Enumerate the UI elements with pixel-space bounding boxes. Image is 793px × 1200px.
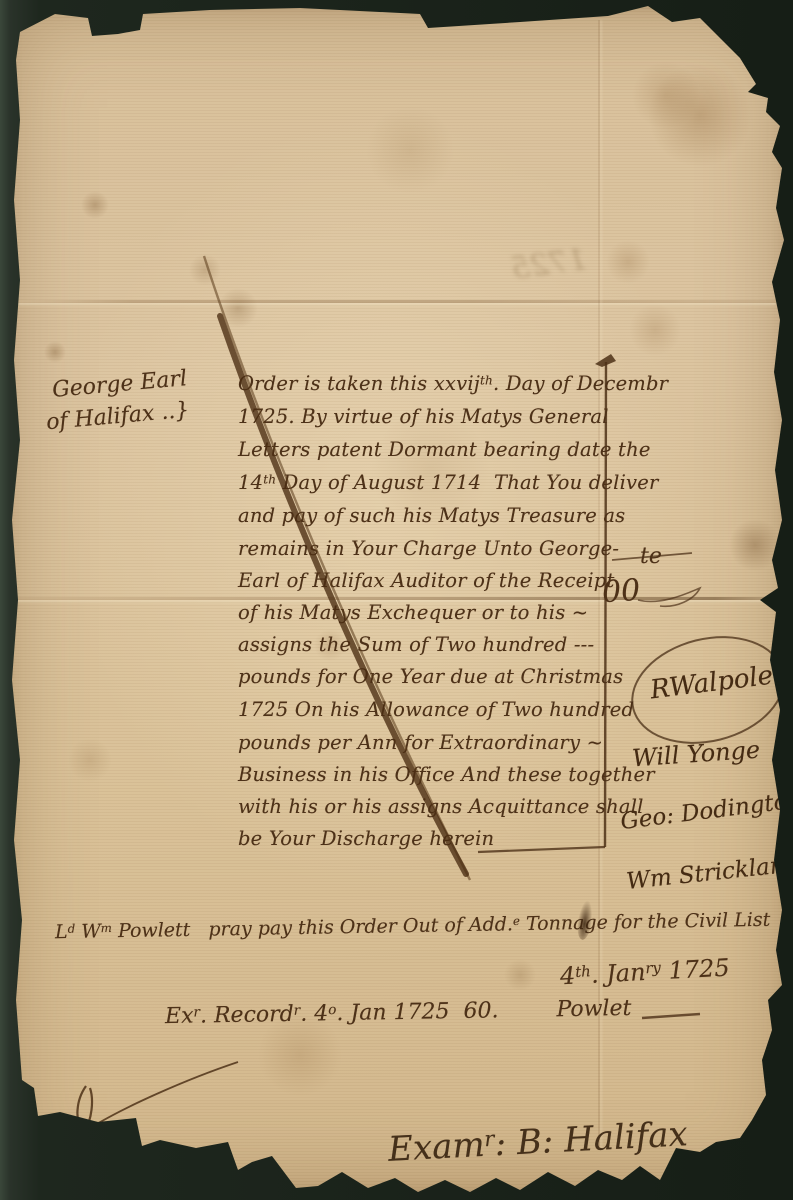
body-line-4: 14th Day of August 1714 That You deliver	[238, 471, 659, 494]
examiner-endorsement: Examr: B: Halifax	[387, 1114, 688, 1170]
body-line-9: assigns the Sum of Two hundred ---	[238, 633, 594, 656]
cancellation-stroke-thick	[220, 316, 466, 874]
date-text2: . Jan	[590, 958, 646, 989]
clerk-mark-zeros: 00	[601, 573, 642, 611]
signature-strickland: Wm Strickland	[625, 851, 793, 895]
date-sup2: ry	[645, 958, 661, 977]
check-mark-tail	[84, 1062, 238, 1132]
body-line-3: Letters patent Dormant bearing date the	[238, 438, 651, 461]
body-line-4-text: 14	[238, 471, 263, 494]
body-line-7: Earl of Halifax Auditor of the Receipt	[238, 569, 615, 592]
bracket-bottom-rule	[478, 847, 605, 852]
record-endorsement: Exr. Recordr. 4o. Jan 1725 60.Powlet	[165, 996, 632, 1029]
body-line-1-text: Order is taken this xxvij	[238, 372, 480, 395]
body-line-15: be Your Discharge herein	[238, 827, 494, 850]
ink-showthrough: 1725	[327, 242, 594, 343]
cancellation-stroke-thin	[204, 256, 470, 880]
date-text3: 1725	[660, 954, 730, 986]
pay-order-sup2: m	[101, 921, 112, 935]
date-sup1: th	[575, 962, 591, 981]
body-line-8: of his Matys Exchequer or to his ~	[238, 601, 588, 624]
body-line-4-sup: th	[263, 473, 276, 487]
pay-order-endorsement: Ld Wm Powlett pray pay this Order Out of…	[55, 909, 771, 943]
signature-yonge: Will Yonge	[631, 736, 761, 773]
record-signature-powlet: Powlet	[556, 996, 631, 1022]
body-line-13: Business in his Office And these togethe…	[238, 763, 655, 786]
record-gap	[499, 1016, 557, 1017]
body-line-2: 1725. By virtue of his Matys General	[238, 405, 609, 428]
date-endorsement: 4th. Janry 1725	[559, 954, 730, 991]
body-line-5: and pay of such his Matys Treasure as	[238, 504, 625, 527]
zeros-swash	[638, 588, 700, 606]
body-line-4-text2: Day of August 1714 That You deliver	[276, 471, 658, 494]
pay-order-text4: Tonnage for the Civil List	[520, 909, 771, 935]
body-line-10: pounds for One Year due at Christmas	[238, 665, 623, 688]
manuscript-paper: 1725 George Earl of Halifax ..} Order is…	[0, 0, 793, 1200]
body-line-1-sup: th	[480, 374, 493, 388]
exam-text: Exam	[387, 1125, 485, 1170]
body-line-11: 1725 On his Allowance of Two hundred	[238, 698, 634, 721]
pay-order-text3: Powlett pray pay this Order Out of Add.	[112, 913, 513, 942]
check-mark-loop	[77, 1086, 92, 1132]
body-line-1: Order is taken this xxvijth. Day of Dece…	[238, 372, 668, 395]
record-text: Ex	[165, 1004, 194, 1029]
fold-crease-middle	[14, 597, 776, 600]
body-line-1-text2: . Day of Decembr	[493, 372, 668, 395]
photo-background: 1725 George Earl of Halifax ..} Order is…	[0, 0, 793, 1200]
record-text2: . Record	[200, 1002, 294, 1029]
margin-note-line1: George Earl	[51, 366, 188, 403]
record-text3: . 4	[300, 1001, 328, 1026]
margin-note-line2: of Halifax ..}	[45, 398, 190, 435]
powlet-underline	[642, 1014, 700, 1018]
clerk-mark-te: te	[640, 544, 662, 569]
body-line-14: with his or his assigns Acquittance shal…	[238, 795, 644, 818]
body-line-6: remains in Your Charge Unto George-	[238, 537, 619, 560]
pay-order-text2: W	[75, 920, 101, 942]
body-line-12: pounds per Ann for Extraordinary ~	[238, 731, 603, 754]
exam-text2: : B: Halifax	[494, 1114, 689, 1164]
bracket-top-flag	[595, 354, 616, 367]
record-text4: . Jan 1725 60.	[336, 998, 498, 1026]
signature-dodington: Geo: Dodington	[619, 787, 793, 835]
pay-order-text: L	[55, 921, 68, 943]
